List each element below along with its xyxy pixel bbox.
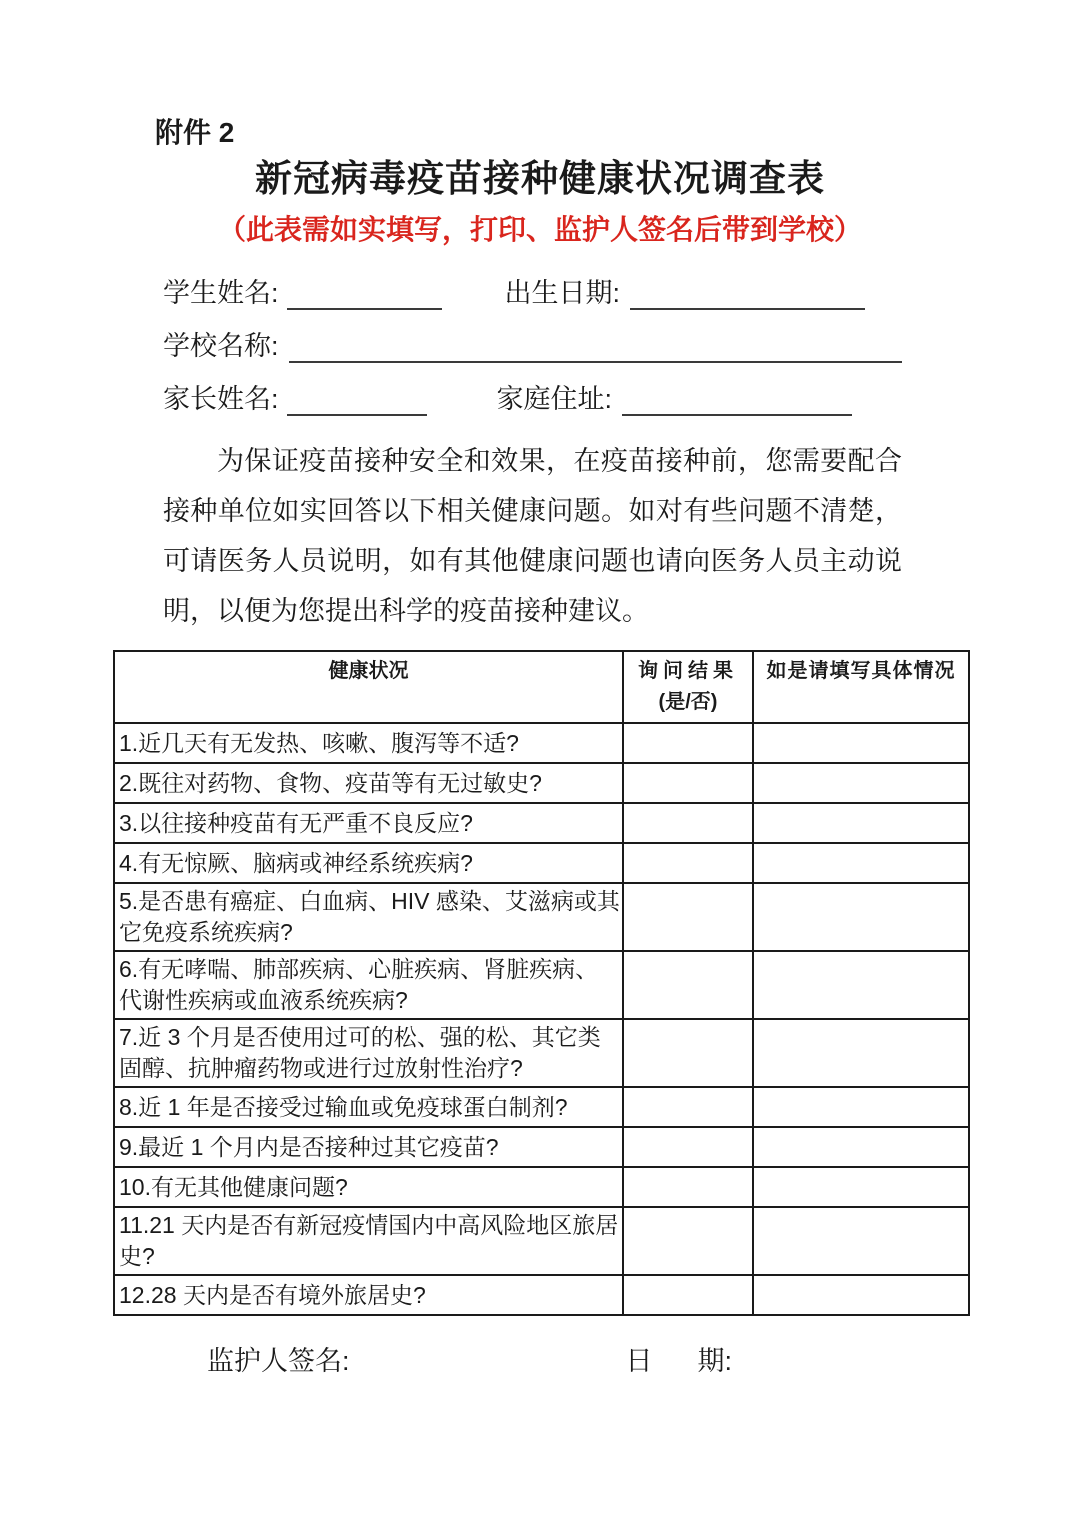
question-cell: 4.有无惊厥、脑病或神经系统疾病? — [114, 843, 623, 883]
birth-date-blank[interactable] — [630, 278, 865, 310]
question-cell: 3.以往接种疫苗有无严重不良反应? — [114, 803, 623, 843]
attachment-label: 附件 2 — [155, 116, 1080, 149]
col-header-health-status: 健康状况 — [114, 651, 623, 723]
birth-date-label: 出生日期: — [505, 277, 621, 310]
details-cell[interactable] — [753, 1167, 969, 1207]
guardian-signature-label: 监护人签名: — [207, 1344, 350, 1378]
table-row: 3.以往接种疫苗有无严重不良反应? — [114, 803, 969, 843]
notice-text: （此表需如实填写，打印、监护人签名后带到学校） — [0, 211, 1080, 249]
details-cell[interactable] — [753, 951, 969, 1019]
question-cell: 12.28 天内是否有境外旅居史? — [114, 1275, 623, 1315]
result-cell[interactable] — [623, 1127, 753, 1167]
details-cell[interactable] — [753, 1019, 969, 1087]
question-cell: 10.有无其他健康问题? — [114, 1167, 623, 1207]
home-address-label: 家庭住址: — [497, 383, 613, 416]
intro-paragraph: 为保证疫苗接种安全和效果，在疫苗接种前，您需要配合接种单位如实回答以下相关健康问… — [163, 436, 902, 636]
result-cell[interactable] — [623, 951, 753, 1019]
table-row: 4.有无惊厥、脑病或神经系统疾病? — [114, 843, 969, 883]
table-row: 1.近几天有无发热、咳嗽、腹泻等不适? — [114, 723, 969, 763]
student-name-blank[interactable] — [287, 278, 442, 310]
details-cell[interactable] — [753, 1275, 969, 1315]
table-row: 10.有无其他健康问题? — [114, 1167, 969, 1207]
result-cell[interactable] — [623, 763, 753, 803]
question-cell: 7.近 3 个月是否使用过可的松、强的松、其它类固醇、抗肿瘤药物或进行过放射性治… — [114, 1019, 623, 1087]
details-cell[interactable] — [753, 1207, 969, 1275]
table-row: 11.21 天内是否有新冠疫情国内中高风险地区旅居史? — [114, 1207, 969, 1275]
table-row: 9.最近 1 个月内是否接种过其它疫苗? — [114, 1127, 969, 1167]
question-cell: 11.21 天内是否有新冠疫情国内中高风险地区旅居史? — [114, 1207, 623, 1275]
question-cell: 5.是否患有癌症、白血病、HIV 感染、艾滋病或其它免疫系统疾病? — [114, 883, 623, 951]
parent-name-blank[interactable] — [287, 384, 427, 416]
fields-section: 学生姓名: 出生日期: 学校名称: 家长姓名: 家庭住址: — [163, 277, 902, 416]
details-cell[interactable] — [753, 803, 969, 843]
table-row: 6.有无哮喘、肺部疾病、心脏疾病、肾脏疾病、代谢性疾病或血液系统疾病? — [114, 951, 969, 1019]
student-name-label: 学生姓名: — [163, 277, 279, 310]
home-address-blank[interactable] — [622, 384, 852, 416]
question-cell: 8.近 1 年是否接受过输血或免疫球蛋白制剂? — [114, 1087, 623, 1127]
table-row: 2.既往对药物、食物、疫苗等有无过敏史? — [114, 763, 969, 803]
question-cell: 6.有无哮喘、肺部疾病、心脏疾病、肾脏疾病、代谢性疾病或血液系统疾病? — [114, 951, 623, 1019]
table-row: 8.近 1 年是否接受过输血或免疫球蛋白制剂? — [114, 1087, 969, 1127]
parent-name-label: 家长姓名: — [163, 383, 279, 416]
details-cell[interactable] — [753, 723, 969, 763]
question-cell: 9.最近 1 个月内是否接种过其它疫苗? — [114, 1127, 623, 1167]
result-cell[interactable] — [623, 803, 753, 843]
col-header-result-line2: (是/否) — [626, 687, 750, 718]
signature-row: 监护人签名: 日 期: — [207, 1344, 1080, 1378]
school-name-blank[interactable] — [289, 331, 902, 363]
result-cell[interactable] — [623, 883, 753, 951]
details-cell[interactable] — [753, 1127, 969, 1167]
result-cell[interactable] — [623, 1207, 753, 1275]
result-cell[interactable] — [623, 843, 753, 883]
result-cell[interactable] — [623, 1167, 753, 1207]
school-name-label: 学校名称: — [163, 330, 279, 363]
document-page: 附件 2 新冠病毒疫苗接种健康状况调查表 （此表需如实填写，打印、监护人签名后带… — [0, 0, 1080, 1521]
field-row-school: 学校名称: — [163, 330, 902, 363]
result-cell[interactable] — [623, 1087, 753, 1127]
question-cell: 2.既往对药物、食物、疫苗等有无过敏史? — [114, 763, 623, 803]
details-cell[interactable] — [753, 1087, 969, 1127]
table-row: 7.近 3 个月是否使用过可的松、强的松、其它类固醇、抗肿瘤药物或进行过放射性治… — [114, 1019, 969, 1087]
result-cell[interactable] — [623, 723, 753, 763]
col-header-result-line1: 询问结果 — [626, 656, 750, 687]
result-cell[interactable] — [623, 1019, 753, 1087]
col-header-result: 询问结果 (是/否) — [623, 651, 753, 723]
field-row-name-birth: 学生姓名: 出生日期: — [163, 277, 902, 310]
result-cell[interactable] — [623, 1275, 753, 1315]
table-row: 5.是否患有癌症、白血病、HIV 感染、艾滋病或其它免疫系统疾病? — [114, 883, 969, 951]
question-cell: 1.近几天有无发热、咳嗽、腹泻等不适? — [114, 723, 623, 763]
col-header-details: 如是请填写具体情况 — [753, 651, 969, 723]
field-row-parent-address: 家长姓名: 家庭住址: — [163, 383, 902, 416]
details-cell[interactable] — [753, 883, 969, 951]
page-title: 新冠病毒疫苗接种健康状况调查表 — [0, 157, 1080, 201]
details-cell[interactable] — [753, 843, 969, 883]
health-table: 健康状况 询问结果 (是/否) 如是请填写具体情况 1.近几天有无发热、咳嗽、腹… — [113, 650, 970, 1316]
table-row: 12.28 天内是否有境外旅居史? — [114, 1275, 969, 1315]
table-header-row: 健康状况 询问结果 (是/否) 如是请填写具体情况 — [114, 651, 969, 723]
details-cell[interactable] — [753, 763, 969, 803]
date-label: 日 期: — [626, 1344, 733, 1378]
